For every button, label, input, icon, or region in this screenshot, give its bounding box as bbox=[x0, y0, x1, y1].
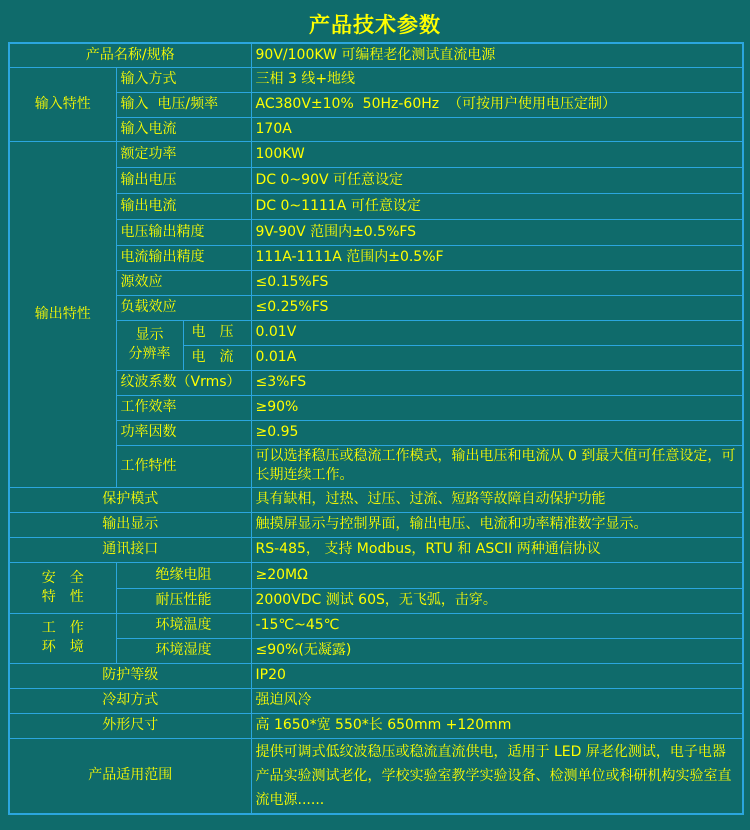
row-label-ambient-temp: 环境温度 bbox=[116, 613, 251, 638]
row-label-output-voltage: 输出电压 bbox=[116, 167, 251, 193]
row-label-rated-power: 额定功率 bbox=[116, 141, 251, 167]
row-label-cooling: 冷却方式 bbox=[9, 688, 251, 713]
row-value-display-current: 0.01A bbox=[251, 345, 743, 370]
row-value-voltage-accuracy: 9V-90V 范围内±0.5%FS bbox=[251, 219, 743, 245]
group-label-output: 输出特性 bbox=[9, 141, 116, 487]
group-label-safety: 安 全特 性 bbox=[9, 562, 116, 613]
row-value-current-accuracy: 111A-1111A 范围内±0.5%F bbox=[251, 245, 743, 270]
row-value-comm-interface: RS-485， 支持 Modbus，RTU 和 ASCII 两种通信协议 bbox=[251, 537, 743, 562]
row-label-current-accuracy: 电流输出精度 bbox=[116, 245, 251, 270]
environment-line2: 环 境 bbox=[14, 638, 112, 657]
page-title: 产品技术参数 bbox=[0, 0, 750, 42]
row-value-input-mode: 三相 3 线+地线 bbox=[251, 67, 743, 92]
row-value-protection-mode: 具有缺相，过热、过压、过流、短路等故障自动保护功能 bbox=[251, 487, 743, 512]
row-label-withstand: 耐压性能 bbox=[116, 588, 251, 613]
row-value-output-display: 触摸屏显示与控制界面，输出电压、电流和功率精准数字显示。 bbox=[251, 512, 743, 537]
row-value-dimensions: 高 1650*宽 550*长 650mm +120mm bbox=[251, 713, 743, 738]
group-label-environment: 工 作环 境 bbox=[9, 613, 116, 663]
row-label-ripple: 纹波系数（Vrms） bbox=[116, 370, 251, 395]
row-label-efficiency: 工作效率 bbox=[116, 395, 251, 420]
row-value-power-factor: ≥0.95 bbox=[251, 420, 743, 445]
row-value-display-voltage: 0.01V bbox=[251, 320, 743, 345]
row-label-display-current: 电 流 bbox=[183, 345, 251, 370]
row-label-voltage-accuracy: 电压输出精度 bbox=[116, 219, 251, 245]
row-label-insulation: 绝缘电阻 bbox=[116, 562, 251, 588]
row-value-application: 提供可调式低纹波稳压或稳流直流供电，适用于 LED 屏老化测试，电子电器产品实验… bbox=[251, 738, 743, 814]
row-value-load-effect: ≤0.25%FS bbox=[251, 295, 743, 320]
row-value-ambient-temp: -15℃~45℃ bbox=[251, 613, 743, 638]
row-value-efficiency: ≥90% bbox=[251, 395, 743, 420]
display-resolution-line1: 显示 bbox=[121, 326, 179, 345]
row-label-output-display: 输出显示 bbox=[9, 512, 251, 537]
row-label-dimensions: 外形尺寸 bbox=[9, 713, 251, 738]
row-label-input-mode: 输入方式 bbox=[116, 67, 251, 92]
row-label-ip-rating: 防护等级 bbox=[9, 663, 251, 688]
row-value-withstand: 2000VDC 测试 60S，无飞弧，击穿。 bbox=[251, 588, 743, 613]
row-value-ip-rating: IP20 bbox=[251, 663, 743, 688]
row-label-comm-interface: 通讯接口 bbox=[9, 537, 251, 562]
row-label-input-current: 输入电流 bbox=[116, 117, 251, 141]
row-value-insulation: ≥20MΩ bbox=[251, 562, 743, 588]
row-value-input-voltage: AC380V±10% 50Hz-60Hz （可按用户使用电压定制） bbox=[251, 92, 743, 117]
row-label-protection-mode: 保护模式 bbox=[9, 487, 251, 512]
row-value-product-name: 90V/100KW 可编程老化测试直流电源 bbox=[251, 43, 743, 67]
group-label-input: 输入特性 bbox=[9, 67, 116, 141]
row-value-source-effect: ≤0.15%FS bbox=[251, 270, 743, 295]
spec-table: 产品名称/规格 90V/100KW 可编程老化测试直流电源 输入特性 输入方式 … bbox=[8, 42, 744, 815]
row-value-work-mode: 可以选择稳压或稳流工作模式，输出电压和电流从 0 到最大值可任意设定，可长期连续… bbox=[251, 445, 743, 487]
row-value-cooling: 强迫风冷 bbox=[251, 688, 743, 713]
row-label-input-voltage: 输入 电压/频率 bbox=[116, 92, 251, 117]
row-label-display-voltage: 电 压 bbox=[183, 320, 251, 345]
display-resolution-line2: 分辨率 bbox=[121, 345, 179, 364]
row-value-rated-power: 100KW bbox=[251, 141, 743, 167]
row-label-ambient-humidity: 环境湿度 bbox=[116, 638, 251, 663]
row-label-product-name: 产品名称/规格 bbox=[9, 43, 251, 67]
environment-line1: 工 作 bbox=[14, 619, 112, 638]
row-label-source-effect: 源效应 bbox=[116, 270, 251, 295]
row-label-output-current: 输出电流 bbox=[116, 193, 251, 219]
safety-line1: 安 全 bbox=[14, 569, 112, 588]
row-value-ripple: ≤3%FS bbox=[251, 370, 743, 395]
row-value-output-current: DC 0~1111A 可任意设定 bbox=[251, 193, 743, 219]
group-label-display-resolution: 显示分辨率 bbox=[116, 320, 183, 370]
row-label-work-mode: 工作特性 bbox=[116, 445, 251, 487]
row-value-output-voltage: DC 0~90V 可任意设定 bbox=[251, 167, 743, 193]
row-label-application: 产品适用范围 bbox=[9, 738, 251, 814]
row-value-ambient-humidity: ≤90%(无凝露) bbox=[251, 638, 743, 663]
row-label-load-effect: 负载效应 bbox=[116, 295, 251, 320]
row-label-power-factor: 功率因数 bbox=[116, 420, 251, 445]
safety-line2: 特 性 bbox=[14, 588, 112, 607]
row-value-input-current: 170A bbox=[251, 117, 743, 141]
